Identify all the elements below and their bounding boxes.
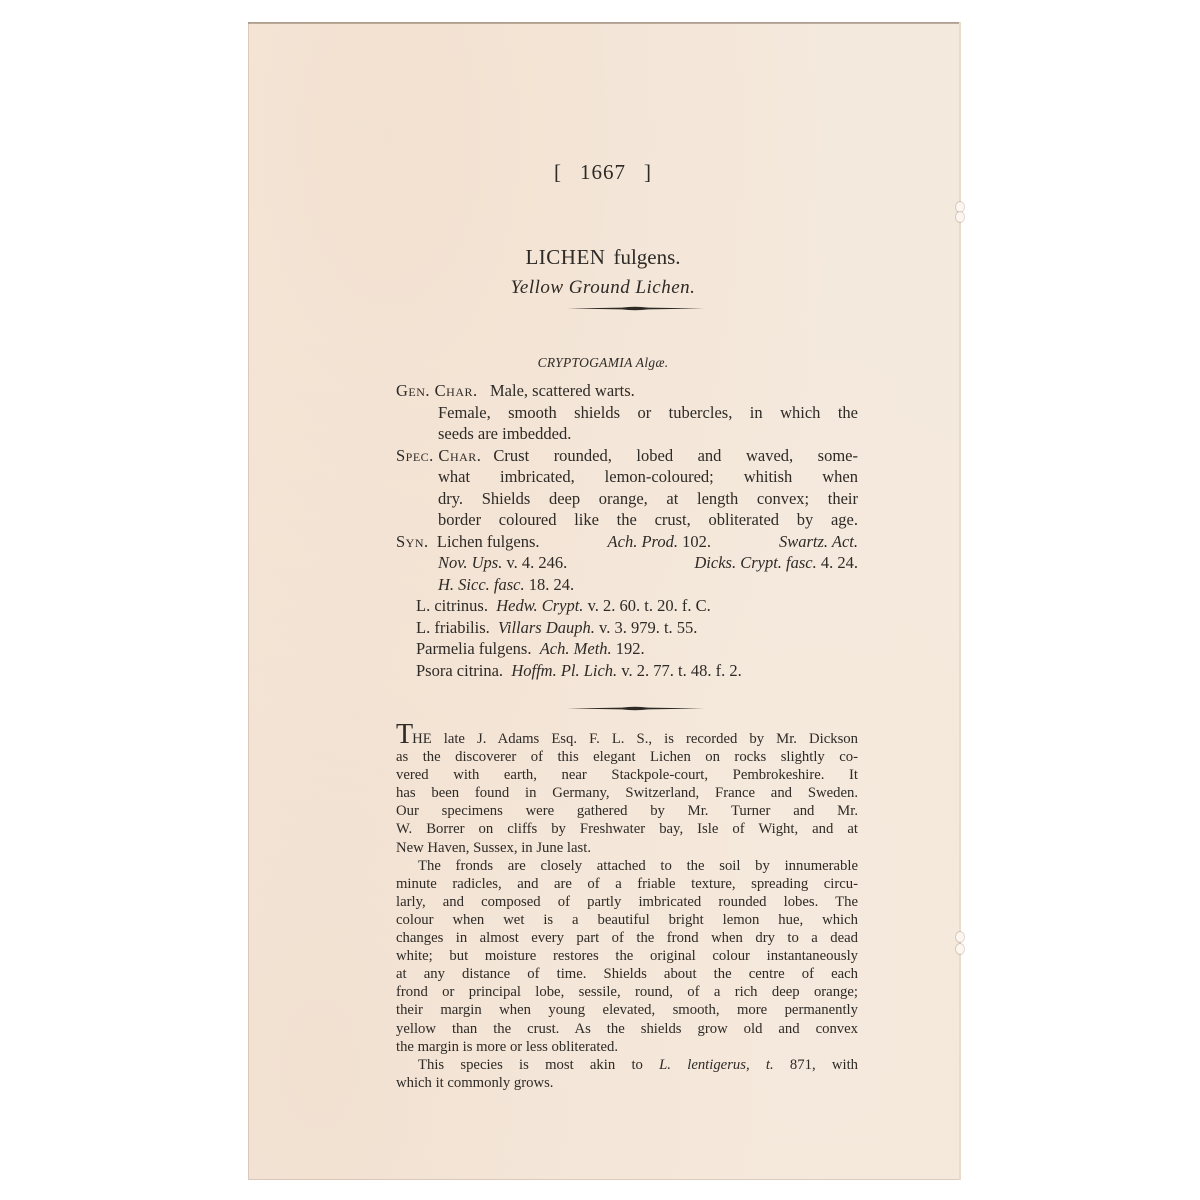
spec-char-text: dry. Shields deep orange, at length conv… bbox=[438, 488, 858, 510]
spec-char-label: Spec. Char. bbox=[396, 445, 481, 467]
text-line: as the discoverer of this elegant Lichen… bbox=[396, 748, 858, 766]
text-line: W. Borrer on cliffs by Freshwater bay, I… bbox=[396, 820, 858, 838]
syn-name: L. friabilis. bbox=[416, 618, 490, 637]
text-line: This species is most akin to bbox=[418, 1057, 659, 1073]
paper-nick bbox=[956, 202, 964, 212]
ornamental-rule bbox=[567, 706, 704, 711]
text-line: New Haven, Sussex, in June last. bbox=[396, 839, 858, 857]
text-line: 871, with bbox=[774, 1057, 858, 1073]
characters-block: Gen. Char. Male, scattered warts. Female… bbox=[396, 380, 858, 681]
syn-ref: Ach. Meth. bbox=[540, 639, 612, 658]
syn-num: 18. 24. bbox=[529, 575, 574, 594]
syn-num: v. 3. 979. t. 55. bbox=[599, 618, 697, 637]
syn-name: Lichen fulgens. bbox=[437, 532, 540, 551]
text-line: white; but moisture restores the origina… bbox=[396, 947, 858, 965]
syn-num: 102. bbox=[682, 532, 711, 551]
syn-ref: Hedw. Crypt. bbox=[496, 596, 583, 615]
synonym-line: Psora citrina. Hoffm. Pl. Lich. v. 2. 77… bbox=[396, 660, 858, 682]
paper-nick bbox=[956, 944, 964, 954]
gen-char-text: seeds are imbedded. bbox=[396, 423, 858, 445]
text-line: which it commonly grows. bbox=[396, 1074, 858, 1092]
plate-number: 1667 bbox=[580, 160, 626, 184]
text-line: their margin when young elevated, smooth… bbox=[396, 1001, 858, 1019]
gen-char-text: Male, scattered warts. bbox=[490, 381, 635, 400]
gen-char-label: Gen. Char. bbox=[396, 381, 478, 400]
gen-char-text: Female, smooth shields or tubercles, in … bbox=[438, 402, 858, 424]
spec-char-line: Spec. Char.Crust rounded, lobed and wave… bbox=[396, 445, 858, 467]
species-reference: L. lentigerus, t. bbox=[659, 1057, 774, 1073]
syn-name: Psora citrina. bbox=[416, 661, 503, 680]
text-line: changes in almost every part of the fron… bbox=[396, 929, 858, 947]
page-top-edge bbox=[248, 22, 960, 24]
syn-num: v. 2. 60. t. 20. f. C. bbox=[588, 596, 711, 615]
spec-char-text: what imbricated, lemon-coloured; whitish… bbox=[438, 466, 858, 488]
common-name: Yellow Ground Lichen. bbox=[396, 277, 810, 299]
spec-char-text: border coloured like the crust, oblitera… bbox=[438, 509, 858, 531]
syn-ref: H. Sicc. fasc. bbox=[438, 575, 525, 594]
syn-ref: Hoffm. Pl. Lich. bbox=[511, 661, 617, 680]
text-line: has been found in Germany, Switzerland, … bbox=[396, 784, 858, 802]
syn-num: v. 2. 77. t. 48. f. 2. bbox=[621, 661, 741, 680]
ornamental-rule bbox=[567, 306, 704, 311]
bracket-open: [ bbox=[554, 160, 562, 185]
paragraph-3: This species is most akin to L. lentiger… bbox=[396, 1056, 858, 1092]
paper-nick bbox=[956, 932, 964, 942]
text-line: at any distance of time. Shields about t… bbox=[396, 965, 858, 983]
syn-ref: Villars Dauph. bbox=[498, 618, 595, 637]
description-text: THE late J. Adams Esq. F. L. S., is reco… bbox=[396, 726, 858, 1092]
text-line: The fronds are closely attached to the s… bbox=[396, 857, 858, 875]
drop-cap: T bbox=[396, 719, 412, 750]
syn-num: 4. 24. bbox=[821, 553, 858, 572]
syn-ref: Dicks. Crypt. fasc. bbox=[694, 553, 816, 572]
spec-char-text: Crust rounded, lobed and waved, some- bbox=[493, 445, 858, 467]
synonym-line: Parmelia fulgens. Ach. Meth. 192. bbox=[396, 638, 858, 660]
syn-label: Syn. bbox=[396, 532, 429, 551]
text-line: larly, and composed of partly imbricated… bbox=[396, 893, 858, 911]
gen-char-line: Gen. Char. Male, scattered warts. bbox=[396, 380, 858, 402]
synonym-line: L. citrinus. Hedw. Crypt. v. 2. 60. t. 2… bbox=[396, 595, 858, 617]
page-right-edge bbox=[959, 22, 961, 1180]
syn-ref: Swartz. Act. bbox=[779, 531, 858, 553]
synonym-line: H. Sicc. fasc. 18. 24. bbox=[396, 574, 858, 596]
syn-ref: Ach. Prod. bbox=[608, 532, 678, 551]
text-line: yellow than the crust. As the shields gr… bbox=[396, 1020, 858, 1038]
text-line: Our specimens were gathered by Mr. Turne… bbox=[396, 802, 858, 820]
page-number: [1667] bbox=[396, 160, 810, 185]
book-page: [1667] LICHENfulgens. Yellow Ground Lich… bbox=[248, 22, 960, 1180]
syn-ref: Nov. Ups. bbox=[438, 553, 502, 572]
text-line: the margin is more or less obliterated. bbox=[396, 1038, 858, 1056]
text-line: vered with earth, near Stackpole-court, … bbox=[396, 766, 858, 784]
paper-nick bbox=[956, 212, 964, 222]
species-name: fulgens. bbox=[613, 245, 680, 269]
synonym-line: Nov. Ups. v. 4. 246. Dicks. Crypt. fasc.… bbox=[396, 552, 858, 574]
genus-name: LICHEN bbox=[525, 245, 605, 269]
paragraph-1: THE late J. Adams Esq. F. L. S., is reco… bbox=[396, 726, 858, 857]
text-line: minute radicles, and are of a friable te… bbox=[396, 875, 858, 893]
syn-num: 192. bbox=[616, 639, 645, 658]
paragraph-2: The fronds are closely attached to the s… bbox=[396, 857, 858, 1056]
synonym-line: Syn. Lichen fulgens. Ach. Prod. 102. Swa… bbox=[396, 531, 858, 553]
synonym-line: L. friabilis. Villars Dauph. v. 3. 979. … bbox=[396, 617, 858, 639]
text-line: frond or principal lobe, sessile, round,… bbox=[396, 983, 858, 1001]
text-line: colour when wet is a beautiful bright le… bbox=[396, 911, 858, 929]
syn-name: Parmelia fulgens. bbox=[416, 639, 531, 658]
page-title: LICHENfulgens. bbox=[396, 245, 810, 270]
bracket-close: ] bbox=[644, 160, 652, 185]
syn-name: L. citrinus. bbox=[416, 596, 488, 615]
text-line: HE late J. Adams Esq. F. L. S., is recor… bbox=[412, 731, 858, 747]
classification: CRYPTOGAMIA Algæ. bbox=[396, 355, 810, 371]
syn-num: v. 4. 246. bbox=[506, 553, 567, 572]
